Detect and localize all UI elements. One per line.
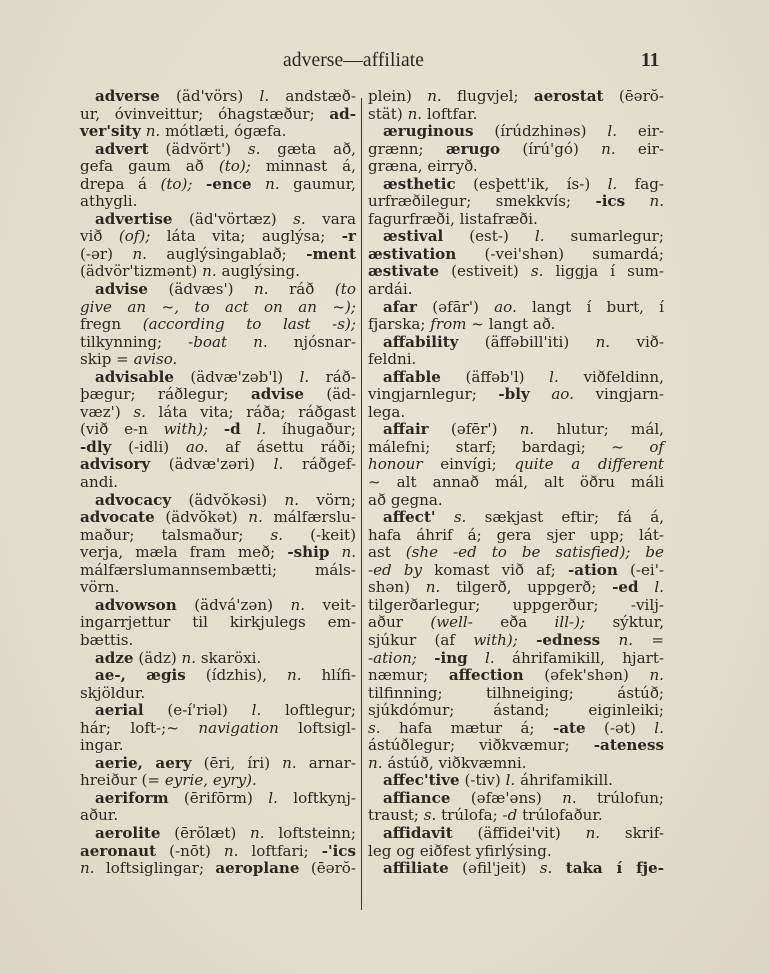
entry-line: advocate (ädvŏkət) n. málfærslu- bbox=[80, 509, 356, 527]
entry-line: affair (əfēr') n. hlutur; mál, bbox=[368, 421, 664, 439]
definition-text: auglýsingablað; bbox=[166, 245, 286, 263]
definition-text: njósnar- bbox=[294, 333, 356, 351]
grammar-label: s. bbox=[293, 210, 306, 228]
definition-text: ráð- bbox=[326, 368, 356, 386]
entry-line: að gegna. bbox=[368, 492, 664, 510]
definition-text: ast bbox=[368, 543, 391, 561]
definition-text: ástúðlegur; viðkvæmur; bbox=[368, 736, 570, 754]
grammar-label: n. bbox=[202, 262, 217, 280]
grammar-label: (of); bbox=[119, 227, 151, 245]
definition-text: stät) bbox=[368, 105, 403, 123]
definition-text: fagurfræði, listafræði. bbox=[368, 210, 538, 228]
definition-text: urfræðilegur; smekkvís; bbox=[368, 192, 571, 210]
entry-line: sjúkdómur; ástand; eiginleiki; bbox=[368, 702, 664, 720]
entry-line: stät) n. loftfar. bbox=[368, 106, 664, 124]
grammar-label: s. bbox=[424, 806, 437, 824]
headword: advowson bbox=[95, 596, 177, 614]
headword: aerie, aery bbox=[95, 754, 192, 772]
entry-line: -ation; -ing l. áhrifamikill, hjart- bbox=[368, 650, 664, 668]
definition-text: (-nōt) bbox=[169, 842, 211, 860]
definition-text: hreiður (= bbox=[80, 771, 160, 789]
definition-text: hafa áhrif á; gera sjer upp; lát- bbox=[368, 526, 664, 544]
grammar-label: n. bbox=[287, 666, 302, 684]
grammar-label: navigation bbox=[198, 719, 278, 737]
definition-text: auglýsing. bbox=[221, 262, 300, 280]
definition-text: (ädvá'zən) bbox=[194, 596, 273, 614]
definition-text: ur, óvinveittur; óhagstæður; bbox=[80, 105, 315, 123]
definition-text: (við e-n bbox=[80, 420, 148, 438]
entry-line: fjarska; from ~ langt að. bbox=[368, 316, 664, 334]
running-title: adverse—affiliate bbox=[283, 50, 424, 72]
entry-line: n. loftsiglingar; aeroplane (ēərŏ- bbox=[80, 860, 356, 878]
grammar-label: ao. bbox=[551, 385, 574, 403]
grammar-label: n. bbox=[427, 87, 442, 105]
grammar-label: l. bbox=[252, 701, 262, 719]
headword: advisable bbox=[95, 368, 174, 386]
entry-line: fagurfræði, listafræði. bbox=[368, 211, 664, 229]
grammar-label: l. bbox=[300, 368, 310, 386]
headword: advertise bbox=[95, 210, 172, 228]
headword: -ed bbox=[612, 578, 638, 596]
definition-text: þægur; ráðlegur; bbox=[80, 385, 229, 403]
headword: aerolite bbox=[95, 824, 160, 842]
grammar-label: n. bbox=[520, 420, 535, 438]
grammar-label: s. bbox=[248, 140, 261, 158]
definition-text: gæta að, bbox=[277, 140, 356, 158]
definition-text: (əfēr') bbox=[451, 420, 498, 438]
entry-line: advowson (ädvá'zən) n. veit- bbox=[80, 597, 356, 615]
grammar-label: ill-); bbox=[555, 613, 586, 631]
grammar-label: l. bbox=[535, 227, 545, 245]
entry-line: ardái. bbox=[368, 281, 664, 299]
entry-line: advise (ädvæs') n. ráð (to bbox=[80, 281, 356, 299]
definition-text: (äd'vörs) bbox=[176, 87, 243, 105]
headword: aerial bbox=[95, 701, 144, 719]
definition-text: drepa á bbox=[80, 175, 147, 193]
definition-text: trúlofa; bbox=[441, 806, 498, 824]
entry-line: ae-, ægis (ídzhis), n. hlífi- bbox=[80, 667, 356, 685]
definition-text: (-idli) bbox=[128, 438, 169, 456]
grammar-label: n. bbox=[408, 105, 423, 123]
headword: -ics bbox=[595, 192, 625, 210]
grammar-label: eyrie, eyry). bbox=[165, 771, 257, 789]
entry-line: ingar. bbox=[80, 737, 356, 755]
definition-text: einvígi; bbox=[440, 455, 496, 473]
grammar-label: l. bbox=[607, 122, 617, 140]
definition-text: aður bbox=[368, 613, 403, 631]
definition-text: eir- bbox=[638, 140, 664, 158]
definition-text: loftkynj- bbox=[293, 789, 356, 807]
definition-text: andi. bbox=[80, 473, 118, 491]
definition-text: ástúð, viðkvæmni. bbox=[387, 754, 526, 772]
grammar-label: aviso. bbox=[134, 350, 178, 368]
definition-text: (est-) bbox=[469, 227, 509, 245]
grammar-label: n. bbox=[596, 333, 611, 351]
grammar-label: -ed by bbox=[368, 561, 422, 579]
definition-text: (ēərŏ- bbox=[311, 859, 356, 877]
entry-line: tilgerðarlegur; uppgerður; -vilj- bbox=[368, 597, 664, 615]
definition-text: flugvjel; bbox=[457, 87, 519, 105]
definition-text: trúlofun; bbox=[597, 789, 664, 807]
definition-text: (äffəb'l) bbox=[465, 368, 524, 386]
definition-text: (əfil'jeit) bbox=[462, 859, 526, 877]
entry-line: æstivation (-vei'shən) sumardá; bbox=[368, 246, 664, 264]
grammar-label: with); bbox=[164, 420, 209, 438]
entry-line: ver'sity n. mótlæti, ógæfa. bbox=[80, 123, 356, 141]
entry-line: gefa gaum að (to); minnast á, bbox=[80, 158, 356, 176]
definition-text: andstæð- bbox=[285, 87, 356, 105]
definition-text: aður. bbox=[80, 806, 118, 824]
headword: affect' bbox=[383, 508, 436, 526]
headword: -'ics bbox=[322, 842, 356, 860]
definition-text: að gegna. bbox=[368, 491, 443, 509]
entry-line: -ed by komast við af; -ation (-ei'- bbox=[368, 562, 664, 580]
definition-text: (-ei'- bbox=[630, 561, 664, 579]
definition-text: (ädvŏkəsi) bbox=[188, 491, 267, 509]
definition-text: (e-í'riəl) bbox=[167, 701, 228, 719]
definition-text: sýktur, bbox=[612, 613, 664, 631]
headword: æstivate bbox=[368, 262, 439, 280]
definition-text: alt annað mál, alt öðru máli bbox=[397, 473, 664, 491]
entry-line: vingjarnlegur; -bly ao. vingjarn- bbox=[368, 386, 664, 404]
headword: æstival bbox=[383, 227, 443, 245]
definition-text: ingar. bbox=[80, 736, 124, 754]
headword: adze bbox=[95, 649, 134, 667]
headword: æstivation bbox=[368, 245, 456, 263]
definition-text: tilfinning; tilhneiging; ástúð; bbox=[368, 684, 664, 702]
entry-line: affec'tive (-tiv) l. áhrifamikill. bbox=[368, 772, 664, 790]
headword: -ship bbox=[287, 543, 329, 561]
definition-text: (ädz) bbox=[138, 649, 176, 667]
entry-line: skjöldur. bbox=[80, 685, 356, 703]
grammar-label: n. bbox=[341, 543, 356, 561]
headword: ad- bbox=[329, 105, 356, 123]
definition-text: fregn bbox=[80, 315, 121, 333]
definition-text: vörn. bbox=[80, 578, 119, 596]
grammar-label: n. bbox=[250, 824, 265, 842]
definition-text: næmur; bbox=[368, 666, 428, 684]
grammar-label: l. bbox=[608, 175, 618, 193]
entry-line: honour einvígi; quite a different bbox=[368, 456, 664, 474]
definition-text: hlífi- bbox=[321, 666, 356, 684]
grammar-label: l. bbox=[485, 649, 495, 667]
grammar-label: l. bbox=[549, 368, 559, 386]
grammar-label: (to bbox=[335, 280, 356, 298]
entry-line: -dly (-idli) ao. af ásettu ráði; bbox=[80, 439, 356, 457]
entry-line: n. ástúð, viðkvæmni. bbox=[368, 755, 664, 773]
grammar-label: l. bbox=[274, 455, 284, 473]
entry-line: næmur; affection (əfek'shən) n. bbox=[368, 667, 664, 685]
definition-text: (ädvŏkət) bbox=[165, 508, 237, 526]
entry-line: málefni; starf; bardagi; ~ of bbox=[368, 439, 664, 457]
definition-text: grænn; bbox=[368, 140, 424, 158]
headword: aeriform bbox=[95, 789, 169, 807]
definition-text: (ērŏlæt) bbox=[174, 824, 236, 842]
definition-text: loftfar. bbox=[427, 105, 478, 123]
page-number: 11 bbox=[641, 50, 659, 72]
headword: -ation bbox=[568, 561, 618, 579]
definition-text: (ēri, íri) bbox=[204, 754, 270, 772]
headword: ærugo bbox=[446, 140, 500, 158]
grammar-label: n. bbox=[265, 175, 280, 193]
grammar-label: n. bbox=[80, 859, 95, 877]
definition-text: hafa mætur á; bbox=[399, 719, 535, 737]
entry-line: drepa á (to); -ence n. gaumur, bbox=[80, 176, 356, 194]
definition-text: (írúdzhinəs) bbox=[494, 122, 586, 140]
grammar-label: n. bbox=[601, 140, 616, 158]
column-divider bbox=[361, 98, 362, 910]
headword: -ate bbox=[553, 719, 586, 737]
grammar-label: n. bbox=[146, 122, 161, 140]
entry-line: affidavit (äffidei'vit) n. skrif- bbox=[368, 825, 664, 843]
definition-text: sjúkdómur; ástand; eiginleiki; bbox=[368, 701, 664, 719]
entry-line: affect' s. sækjast eftir; fá á, bbox=[368, 509, 664, 527]
definition-text: loftsteinn; bbox=[278, 824, 356, 842]
grammar-label: n. bbox=[253, 333, 268, 351]
headword: -r bbox=[342, 227, 356, 245]
dictionary-page: adverse—affiliate 11 adverse (äd'vörs) l… bbox=[0, 0, 769, 974]
definition-text: langt að. bbox=[489, 315, 556, 333]
definition-text: (əfek'shən) bbox=[544, 666, 629, 684]
grammar-label: n. bbox=[562, 789, 577, 807]
definition-text: shən) bbox=[368, 578, 410, 596]
grammar-label: s. bbox=[133, 403, 146, 421]
entry-line: advisable (ädvæ'zəb'l) l. ráð- bbox=[80, 369, 356, 387]
entry-line: hár; loft-;~ navigation loftsigl- bbox=[80, 720, 356, 738]
grammar-label: n. bbox=[182, 649, 197, 667]
entry-line: leg og eiðfest yfirlýsing. bbox=[368, 843, 664, 861]
definition-text: (ērifōrm) bbox=[184, 789, 253, 807]
entry-line: adze (ädz) n. skaröxi. bbox=[80, 650, 356, 668]
definition-text: væz') bbox=[80, 403, 121, 421]
entry-line: æsthetic (esþett'ik, ís-) l. fag- bbox=[368, 176, 664, 194]
headword: advert bbox=[95, 140, 149, 158]
entry-line: andi. bbox=[80, 474, 356, 492]
definition-text: loftsigl- bbox=[298, 719, 356, 737]
grammar-label: ~ of bbox=[611, 438, 664, 456]
entry-line: aður. bbox=[80, 807, 356, 825]
headword: affec'tive bbox=[383, 771, 460, 789]
entry-line: þægur; ráðlegur; advise (äd- bbox=[80, 386, 356, 404]
definition-text: áhrifamikill. bbox=[520, 771, 613, 789]
entry-line: affability (äffəbill'iti) n. við- bbox=[368, 334, 664, 352]
entry-line: give an ~, to act on an ~); bbox=[80, 299, 356, 317]
definition-text: græna, eirryð. bbox=[368, 157, 478, 175]
entry-line: (ädvör'tizmənt) n. auglýsing. bbox=[80, 263, 356, 281]
definition-text: liggja í sum- bbox=[555, 262, 663, 280]
definition-text: feldni. bbox=[368, 350, 416, 368]
definition-text: málfærslu- bbox=[273, 508, 356, 526]
entry-line: við (of); láta vita; auglýsa; -r bbox=[80, 228, 356, 246]
entry-line: affiance (əfæ'əns) n. trúlofun; bbox=[368, 790, 664, 808]
definition-text: lega. bbox=[368, 403, 405, 421]
definition-text: minnast á, bbox=[266, 157, 356, 175]
entry-line: æruginous (írúdzhinəs) l. eir- bbox=[368, 123, 664, 141]
definition-text: málfærslumannsembætti; máls- bbox=[80, 561, 356, 579]
headword: affiance bbox=[383, 789, 450, 807]
grammar-label: n. bbox=[586, 824, 601, 842]
definition-text: (əfæ'əns) bbox=[471, 789, 542, 807]
headword: taka í fje- bbox=[566, 859, 664, 877]
definition-text: áhrifamikill, hjart- bbox=[512, 649, 664, 667]
entry-line: athygli. bbox=[80, 193, 356, 211]
entry-line: aerial (e-í'riəl) l. loftlegur; bbox=[80, 702, 356, 720]
definition-text: skrif- bbox=[625, 824, 664, 842]
headword: adverse bbox=[95, 87, 160, 105]
entry-line: málfærslumannsembætti; máls- bbox=[80, 562, 356, 580]
headword: -d bbox=[224, 420, 241, 438]
definition-text: sækjast eftir; fá á, bbox=[485, 508, 664, 526]
definition-text: veit- bbox=[323, 596, 356, 614]
definition-text: (-ət) bbox=[604, 719, 636, 737]
definition-text: langt í burt, í bbox=[532, 298, 664, 316]
grammar-label: (well- bbox=[430, 613, 473, 631]
running-head: adverse—affiliate 11 bbox=[0, 50, 769, 74]
definition-text: ráðgef- bbox=[302, 455, 356, 473]
entry-line: græna, eirryð. bbox=[368, 158, 664, 176]
definition-text: (-vei'shən) sumardá; bbox=[485, 245, 664, 263]
headword: advise bbox=[251, 385, 304, 403]
definition-text: skaröxi. bbox=[201, 649, 261, 667]
entry-line: s. hafa mætur á; -ate (-ət) l. bbox=[368, 720, 664, 738]
entry-line: adverse (äd'vörs) l. andstæð- bbox=[80, 88, 356, 106]
entry-line: ur, óvinveittur; óhagstæður; ad- bbox=[80, 106, 356, 124]
definition-text: við- bbox=[636, 333, 664, 351]
grammar-label: quite a different bbox=[514, 455, 664, 473]
entry-line: aeronaut (-nōt) n. loftfari; -'ics bbox=[80, 843, 356, 861]
headword: advise bbox=[95, 280, 148, 298]
headword: ver'sity bbox=[80, 122, 141, 140]
headword: -ing bbox=[434, 649, 468, 667]
definition-text: (-keit) bbox=[310, 526, 356, 544]
grammar-label: l. bbox=[654, 578, 664, 596]
entry-line: shən) n. tilgerð, uppgerð; -ed l. bbox=[368, 579, 664, 597]
grammar-label: honour bbox=[368, 455, 423, 473]
grammar-label: n. bbox=[618, 631, 633, 649]
headword: affair bbox=[383, 420, 429, 438]
headword: ae-, ægis bbox=[95, 666, 186, 684]
definition-text: loftlegur; bbox=[285, 701, 356, 719]
headword: aeroplane bbox=[215, 859, 299, 877]
entry-line: plein) n. flugvjel; aerostat (ēərŏ- bbox=[368, 88, 664, 106]
headword: -dly bbox=[80, 438, 111, 456]
definition-text: (əfār') bbox=[432, 298, 479, 316]
grammar-label: with); bbox=[473, 631, 518, 649]
grammar-label: n. bbox=[254, 280, 269, 298]
headword: aerostat bbox=[534, 87, 604, 105]
definition-text: sumarlegur; bbox=[571, 227, 664, 245]
definition-text: trúlofaður. bbox=[522, 806, 603, 824]
definition-text: fag- bbox=[635, 175, 664, 193]
definition-text: verja, mæla fram með; bbox=[80, 543, 275, 561]
right-column: plein) n. flugvjel; aerostat (ēərŏ-stät)… bbox=[368, 88, 664, 878]
definition-text: (-tiv) bbox=[464, 771, 500, 789]
grammar-label: ao. bbox=[494, 298, 517, 316]
grammar-label: n. bbox=[649, 192, 664, 210]
entry-line: aður (well- eða ill-); sýktur, bbox=[368, 614, 664, 632]
definition-text: (äd'vörtæz) bbox=[189, 210, 277, 228]
headword: -ateness bbox=[594, 736, 664, 754]
grammar-label: -d bbox=[502, 806, 517, 824]
definition-text: gaumur, bbox=[293, 175, 356, 193]
entry-line: skip = aviso. bbox=[80, 351, 356, 369]
entry-line: tilkynning; -boat n. njósnar- bbox=[80, 334, 356, 352]
grammar-label: (to); bbox=[160, 175, 192, 193]
entry-line: lega. bbox=[368, 404, 664, 422]
headword: æsthetic bbox=[383, 175, 456, 193]
headword: affidavit bbox=[383, 824, 453, 842]
headword: -edness bbox=[536, 631, 600, 649]
definition-text: plein) bbox=[368, 87, 412, 105]
grammar-label: s. bbox=[271, 526, 284, 544]
entry-line: ~ alt annað mál, alt öðru máli bbox=[368, 474, 664, 492]
definition-text: ráð bbox=[289, 280, 314, 298]
entry-line: grænn; ærugo (írú'gó) n. eir- bbox=[368, 141, 664, 159]
headword: affable bbox=[383, 368, 441, 386]
definition-text: (ädvör'tizmənt) bbox=[80, 262, 197, 280]
entry-line: sjúkur (af with); -edness n. = bbox=[368, 632, 664, 650]
definition-text: (-ər) bbox=[80, 245, 113, 263]
grammar-label: l. bbox=[260, 87, 270, 105]
definition-text: (esþett'ik, ís-) bbox=[473, 175, 590, 193]
grammar-label: (according to last -s); bbox=[143, 315, 356, 333]
definition-text: traust; bbox=[368, 806, 419, 824]
definition-text: (ädvört') bbox=[166, 140, 231, 158]
headword: æruginous bbox=[383, 122, 473, 140]
definition-text: (ädvæs') bbox=[168, 280, 233, 298]
entry-line: feldni. bbox=[368, 351, 664, 369]
definition-text: málefni; starf; bardagi; bbox=[368, 438, 586, 456]
entry-line: advertise (äd'vörtæz) s. vara bbox=[80, 211, 356, 229]
grammar-label: -ation; bbox=[368, 649, 417, 667]
definition-text: athygli. bbox=[80, 192, 137, 210]
headword: advocate bbox=[80, 508, 155, 526]
definition-text: (ädvæ'zəri) bbox=[169, 455, 255, 473]
grammar-label: ~ bbox=[368, 473, 381, 491]
definition-text: (estiveit) bbox=[451, 262, 519, 280]
grammar-label: s. bbox=[540, 859, 553, 877]
entry-line: bættis. bbox=[80, 632, 356, 650]
definition-text: loftsiglingar; bbox=[106, 859, 204, 877]
headword: aeronaut bbox=[80, 842, 156, 860]
definition-text: (äffəbill'iti) bbox=[485, 333, 569, 351]
definition-text: hár; loft-;~ bbox=[80, 719, 179, 737]
grammar-label: s. bbox=[531, 262, 544, 280]
headword: advocacy bbox=[95, 491, 171, 509]
grammar-label: from ~ bbox=[430, 315, 484, 333]
definition-text: eða bbox=[500, 613, 527, 631]
definition-text: láta vita; auglýsa; bbox=[167, 227, 326, 245]
definition-text: við bbox=[80, 227, 102, 245]
entry-line: (-ər) n. auglýsingablað; -ment bbox=[80, 246, 356, 264]
entry-line: affable (äffəb'l) l. viðfeldinn, bbox=[368, 369, 664, 387]
definition-text: sjúkur (af bbox=[368, 631, 455, 649]
definition-text: leg og eiðfest yfirlýsing. bbox=[368, 842, 552, 860]
entry-line: væz') s. láta vita; ráða; ráðgast bbox=[80, 404, 356, 422]
grammar-label: -boat bbox=[188, 333, 227, 351]
entry-line: tilfinning; tilhneiging; ástúð; bbox=[368, 685, 664, 703]
entry-line: æstivate (estiveit) s. liggja í sum- bbox=[368, 263, 664, 281]
headword: affection bbox=[449, 666, 524, 684]
definition-text: íhugaður; bbox=[282, 420, 356, 438]
definition-text: vingjarn- bbox=[596, 385, 664, 403]
grammar-label: (to); bbox=[219, 157, 251, 175]
definition-text: komast við af; bbox=[434, 561, 556, 579]
definition-text: (äd- bbox=[326, 385, 356, 403]
entry-line: advocacy (ädvŏkəsi) n. vörn; bbox=[80, 492, 356, 510]
entry-line: advert (ädvört') s. gæta að, bbox=[80, 141, 356, 159]
grammar-label: ao. bbox=[186, 438, 209, 456]
